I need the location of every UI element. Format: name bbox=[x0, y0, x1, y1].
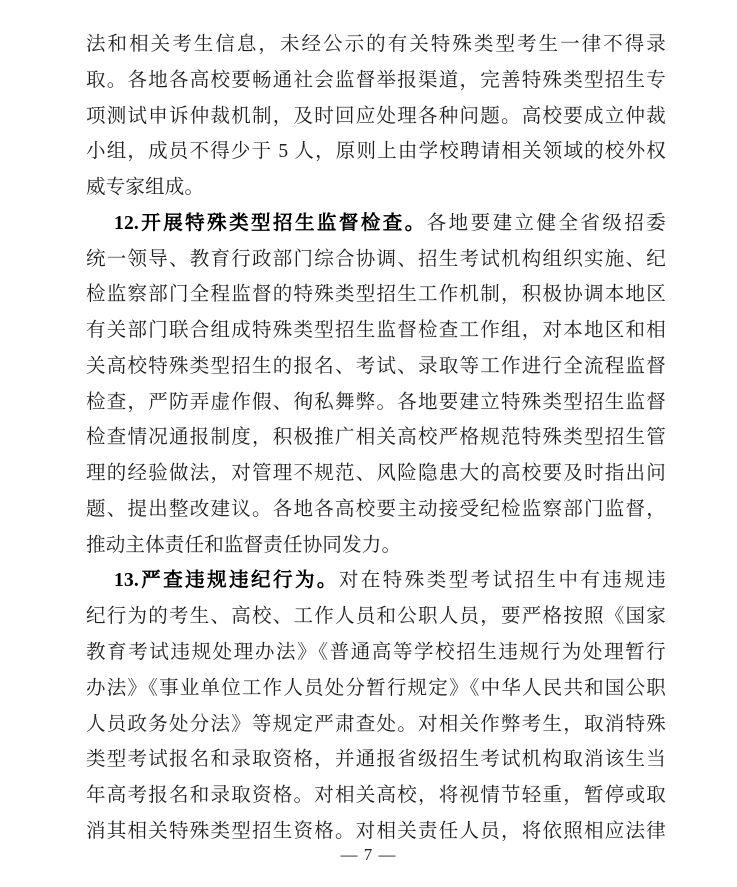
text-line: 法和相关考生信息，未经公示的有关特殊类型考生一律不得录 bbox=[86, 27, 666, 63]
text-line: 人员政务处分法》等规定严肃查处。对相关作弊考生，取消特殊 bbox=[86, 707, 666, 743]
text-line: 检查情况通报制度，积极推广相关高校严格规范特殊类型招生管 bbox=[86, 420, 666, 456]
text-segment: 年高考报名和录取资格。对相关高校，将视情节轻重，暂停或取 bbox=[86, 785, 666, 806]
text-line: 办法》《事业单位工作人员处分暂行规定》《中华人民共和国公职 bbox=[86, 671, 666, 707]
text-line: 小组，成员不得少于 5 人，原则上由学校聘请相关领域的校外权 bbox=[86, 134, 666, 170]
text-line: 年高考报名和录取资格。对相关高校，将视情节轻重，暂停或取 bbox=[86, 778, 666, 814]
text-segment: 项测试申诉仲裁机制，及时回应处理各种问题。高校要成立仲裁 bbox=[86, 106, 666, 127]
text-line: 纪行为的考生、高校、工作人员和公职人员，要严格按照《国家 bbox=[86, 599, 666, 635]
text-segment: 检查，严防弄虚作假、徇私舞弊。各地要建立特殊类型招生监督 bbox=[86, 392, 666, 413]
text-line: 关高校特殊类型招生的报名、考试、录取等工作进行全流程监督 bbox=[86, 349, 666, 385]
text-line: 检查，严防弄虚作假、徇私舞弊。各地要建立特殊类型招生监督 bbox=[86, 385, 666, 421]
text-line: 检监察部门全程监督的特殊类型招生工作机制，积极协调本地区 bbox=[86, 277, 666, 313]
paragraph-heading: 12.开展特殊类型招生监督检查。 bbox=[114, 213, 427, 234]
document-page: 法和相关考生信息，未经公示的有关特殊类型考生一律不得录取。各地各高校要畅通社会监… bbox=[0, 0, 737, 887]
text-segment: 统一领导、教育行政部门综合协调、招生考试机构组织实施、纪 bbox=[86, 249, 666, 270]
text-segment: 有关部门联合组成特殊类型招生监督检查工作组，对本地区和相 bbox=[86, 320, 666, 341]
text-segment: 检监察部门全程监督的特殊类型招生工作机制，积极协调本地区 bbox=[86, 284, 666, 305]
text-segment: 题、提出整改建议。各地各高校要主动接受纪检监察部门监督， bbox=[86, 499, 666, 520]
text-segment: 关高校特殊类型招生的报名、考试、录取等工作进行全流程监督 bbox=[86, 356, 666, 377]
text-segment: 对在特殊类型考试招生中有违规违 bbox=[339, 570, 666, 591]
document-body: 法和相关考生信息，未经公示的有关特殊类型考生一律不得录取。各地各高校要畅通社会监… bbox=[86, 27, 666, 850]
text-line: 项测试申诉仲裁机制，及时回应处理各种问题。高校要成立仲裁 bbox=[86, 99, 666, 135]
text-segment: 消其相关特殊类型招生资格。对相关责任人员，将依照相应法律 bbox=[86, 821, 666, 842]
text-line: 推动主体责任和监督责任协同发力。 bbox=[86, 528, 666, 564]
page-number: — 7 — bbox=[0, 844, 737, 866]
text-line: 统一领导、教育行政部门综合协调、招生考试机构组织实施、纪 bbox=[86, 242, 666, 278]
text-segment: 威专家组成。 bbox=[86, 177, 204, 198]
text-segment: 人员政务处分法》等规定严肃查处。对相关作弊考生，取消特殊 bbox=[86, 714, 666, 735]
text-segment: 法和相关考生信息，未经公示的有关特殊类型考生一律不得录 bbox=[86, 34, 666, 55]
text-line: 教育考试违规处理办法》《普通高等学校招生违规行为处理暂行 bbox=[86, 635, 666, 671]
paragraph-heading-line: 12.开展特殊类型招生监督检查。各地要建立健全省级招委 bbox=[86, 206, 666, 242]
paragraph-heading: 13.严查违规违纪行为。 bbox=[114, 570, 339, 591]
text-segment: 各地要建立健全省级招委 bbox=[427, 213, 666, 234]
text-segment: 取。各地各高校要畅通社会监督举报渠道，完善特殊类型招生专 bbox=[86, 70, 666, 91]
text-line: 题、提出整改建议。各地各高校要主动接受纪检监察部门监督， bbox=[86, 492, 666, 528]
text-segment: 检查情况通报制度，积极推广相关高校严格规范特殊类型招生管 bbox=[86, 427, 666, 448]
text-segment: 类型考试报名和录取资格，并通报省级招生考试机构取消该生当 bbox=[86, 749, 666, 770]
text-line: 理的经验做法，对管理不规范、风险隐患大的高校要及时指出问 bbox=[86, 456, 666, 492]
text-segment: 小组，成员不得少于 5 人，原则上由学校聘请相关领域的校外权 bbox=[86, 141, 666, 162]
text-segment: 教育考试违规处理办法》《普通高等学校招生违规行为处理暂行 bbox=[86, 642, 666, 663]
text-line: 威专家组成。 bbox=[86, 170, 666, 206]
text-line: 有关部门联合组成特殊类型招生监督检查工作组，对本地区和相 bbox=[86, 313, 666, 349]
text-segment: 办法》《事业单位工作人员处分暂行规定》《中华人民共和国公职 bbox=[86, 678, 666, 699]
text-line: 类型考试报名和录取资格，并通报省级招生考试机构取消该生当 bbox=[86, 742, 666, 778]
text-segment: 纪行为的考生、高校、工作人员和公职人员，要严格按照《国家 bbox=[86, 606, 666, 627]
text-line: 取。各地各高校要畅通社会监督举报渠道，完善特殊类型招生专 bbox=[86, 63, 666, 99]
text-segment: 推动主体责任和监督责任协同发力。 bbox=[86, 535, 401, 556]
paragraph-heading-line: 13.严查违规违纪行为。对在特殊类型考试招生中有违规违 bbox=[86, 563, 666, 599]
text-segment: 理的经验做法，对管理不规范、风险隐患大的高校要及时指出问 bbox=[86, 463, 666, 484]
